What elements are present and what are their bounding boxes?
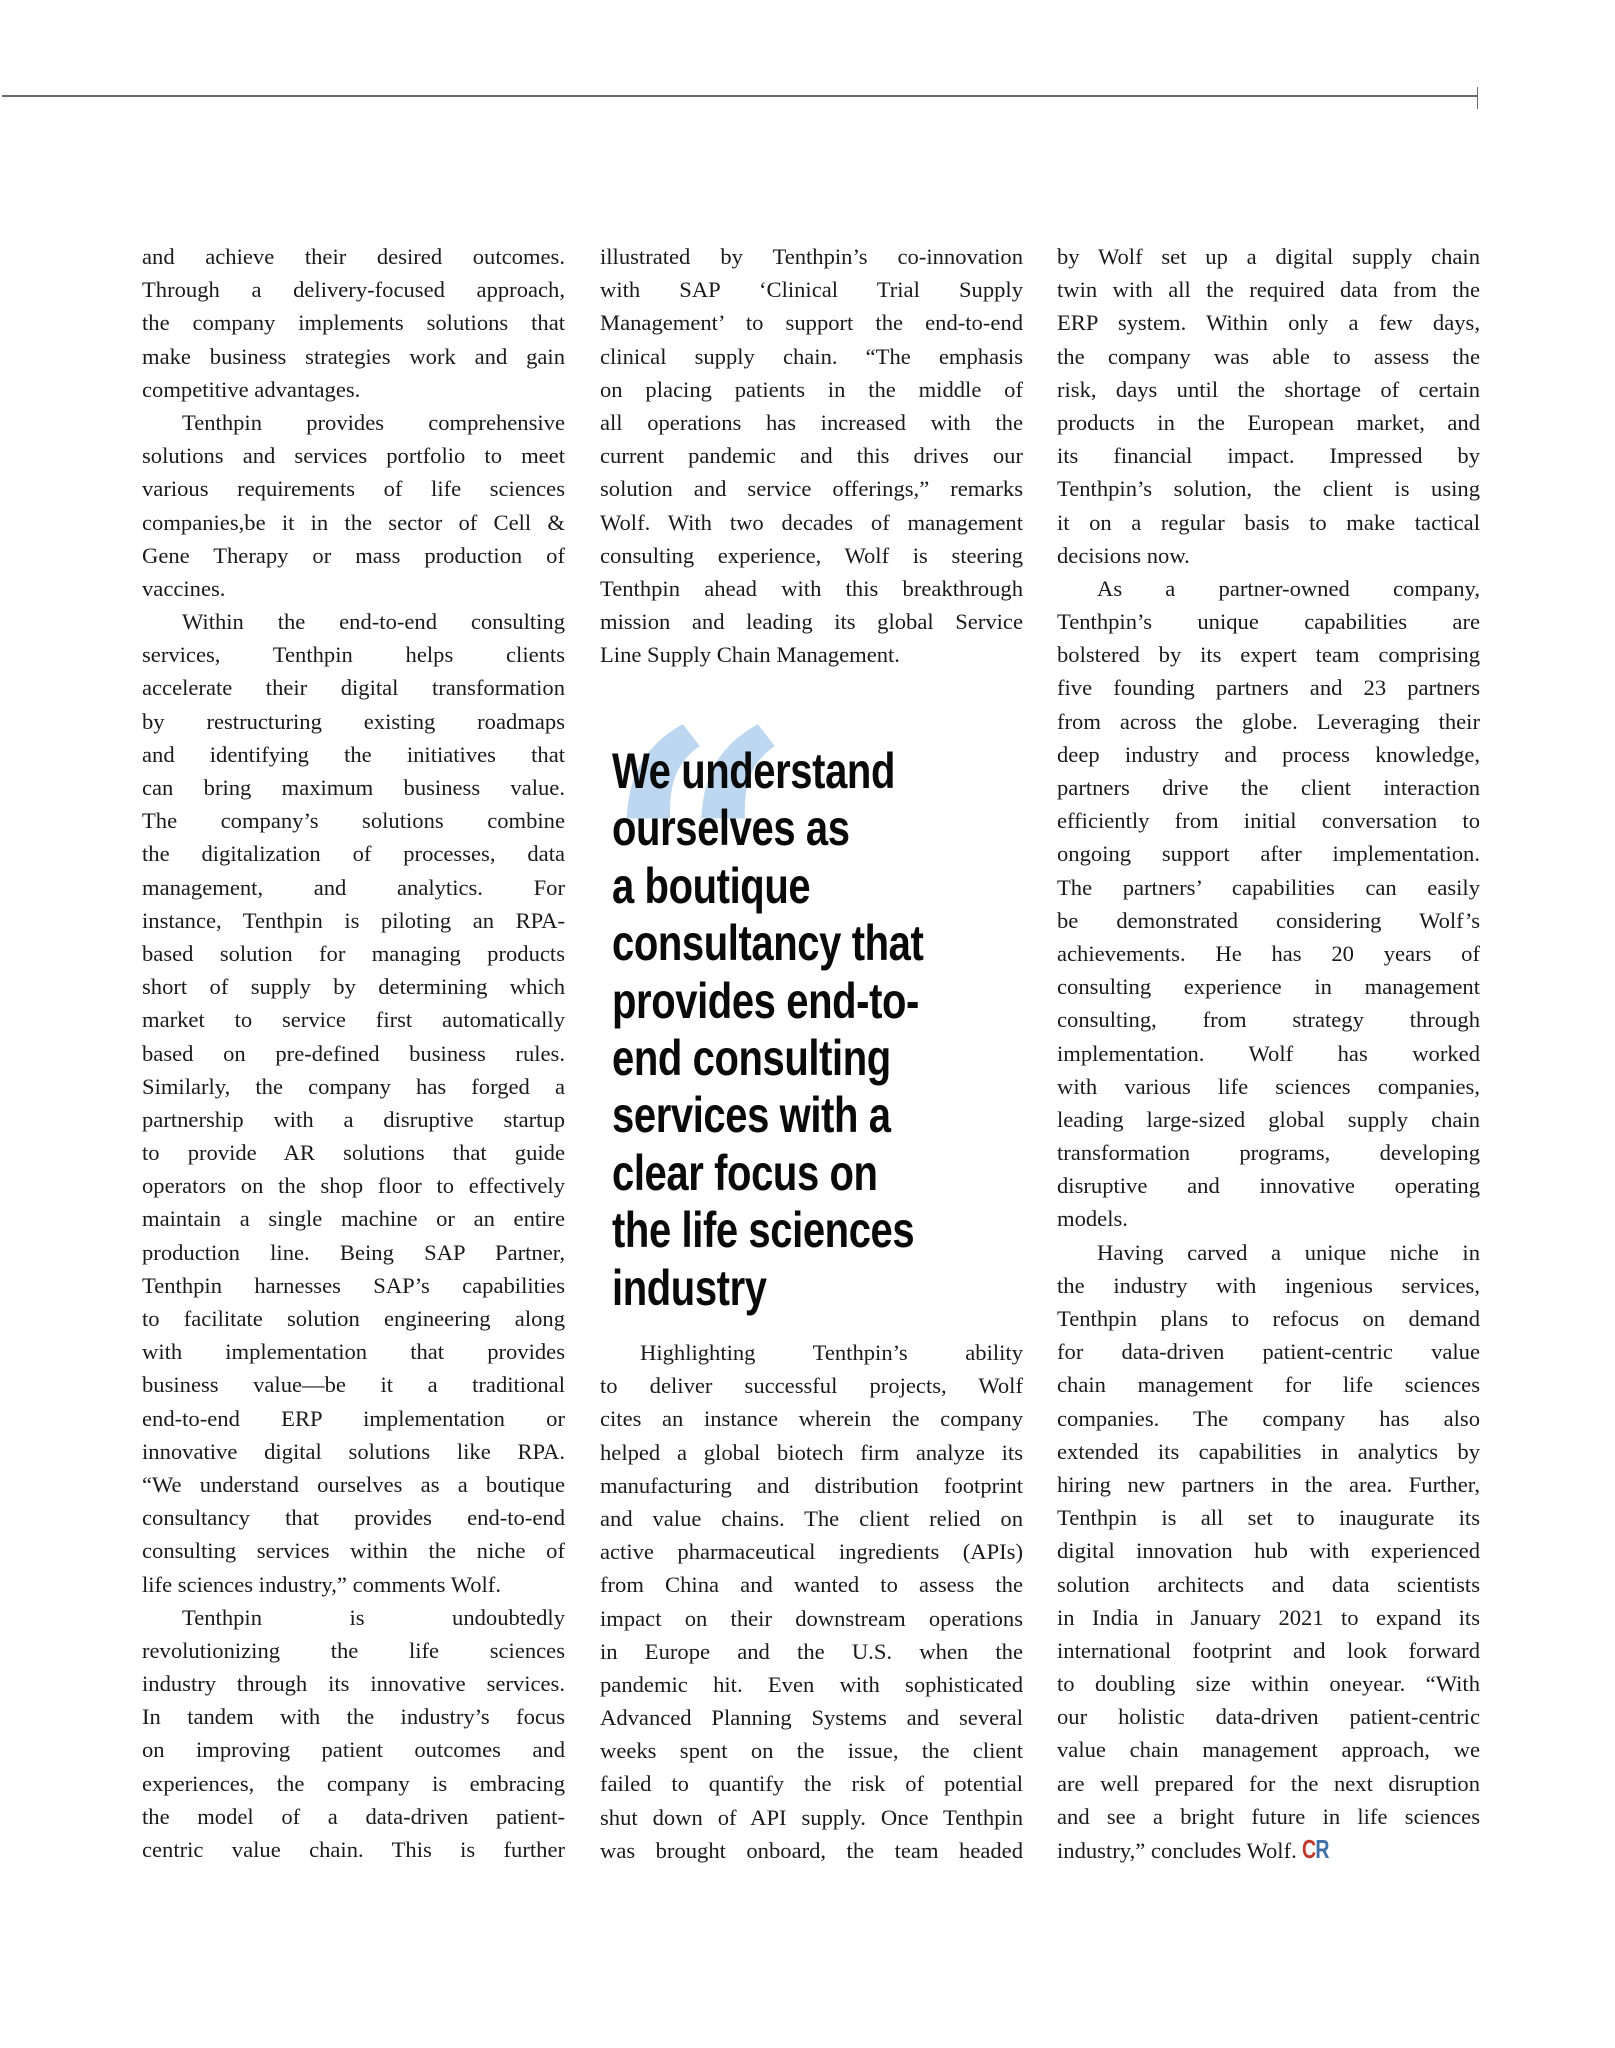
text-line: current pandemic and this drives our bbox=[600, 439, 1023, 472]
pull-quote-line: We understand bbox=[612, 743, 923, 800]
text-line: cites an instance wherein the company bbox=[600, 1402, 1023, 1435]
text-line: The partners’ capabilities can easily bbox=[1057, 871, 1480, 904]
text-line: our holistic data-driven patient-centric bbox=[1057, 1700, 1480, 1733]
text-line: industry through its innovative services… bbox=[142, 1667, 565, 1700]
text-line: clinical supply chain. “The emphasis bbox=[600, 340, 1023, 373]
text-line: Tenthpin is all set to inaugurate its bbox=[1057, 1501, 1480, 1534]
text-line-content: pandemic hit. Even with sophisticated bbox=[600, 1672, 1023, 1697]
pull-quote-line: the life sciences bbox=[612, 1202, 923, 1259]
text-line: its financial impact. Impressed by bbox=[1057, 439, 1480, 472]
text-line-content: implementation. Wolf has worked bbox=[1057, 1041, 1480, 1066]
text-line-content: solutions and services portfolio to meet bbox=[142, 443, 565, 468]
text-line-content: by Wolf set up a digital supply chain bbox=[1057, 244, 1480, 269]
text-line-content: consulting experience in management bbox=[1057, 974, 1480, 999]
text-line-content: innovative digital solutions like RPA. bbox=[142, 1439, 565, 1464]
text-line-content: “We understand ourselves as a boutique bbox=[142, 1472, 565, 1497]
text-line-content: all operations has increased with the bbox=[600, 410, 1023, 435]
text-line-content: for data-driven patient-centric value bbox=[1057, 1339, 1480, 1364]
text-line: Tenthpin harnesses SAP’s capabilities bbox=[142, 1269, 565, 1302]
text-line: the digitalization of processes, data bbox=[142, 837, 565, 870]
text-line: and see a bright future in life sciences bbox=[1057, 1800, 1480, 1833]
text-line: be demonstrated considering Wolf’s bbox=[1057, 904, 1480, 937]
article-column-2-top: illustrated by Tenthpin’s co-innovationw… bbox=[600, 240, 1023, 671]
text-line: hiring new partners in the area. Further… bbox=[1057, 1468, 1480, 1501]
text-line: the model of a data-driven patient- bbox=[142, 1800, 565, 1833]
text-line-content: Tenthpin provides comprehensive bbox=[182, 410, 565, 435]
text-line-content: failed to quantify the risk of potential bbox=[600, 1771, 1023, 1796]
text-line-content: Highlighting Tenthpin’s ability bbox=[640, 1340, 1023, 1365]
text-line: the company implements solutions that bbox=[142, 306, 565, 339]
text-line: can bring maximum business value. bbox=[142, 771, 565, 804]
text-line-content: can bring maximum business value. bbox=[142, 775, 565, 800]
text-line-content: to facilitate solution engineering along bbox=[142, 1306, 565, 1331]
text-line: and achieve their desired outcomes. bbox=[142, 240, 565, 273]
text-line: Wolf. With two decades of management bbox=[600, 506, 1023, 539]
text-line-content: the industry with ingenious services, bbox=[1057, 1273, 1480, 1298]
text-line: by restructuring existing roadmaps bbox=[142, 705, 565, 738]
text-line: Having carved a unique niche in bbox=[1057, 1236, 1480, 1269]
text-line-content: to doubling size within oneyear. “With bbox=[1057, 1671, 1480, 1696]
text-line-content: in Europe and the U.S. when the bbox=[600, 1639, 1023, 1664]
text-line-content: extended its capabilities in analytics b… bbox=[1057, 1439, 1480, 1464]
text-line-content: production line. Being SAP Partner, bbox=[142, 1240, 565, 1265]
logo-letter-c: C bbox=[1302, 1834, 1315, 1864]
text-line-content: helped a global biotech firm analyze its bbox=[600, 1440, 1023, 1465]
pull-quote: “ We understand ourselves as a boutique … bbox=[600, 700, 1030, 1320]
text-line: market to service first automatically bbox=[142, 1003, 565, 1036]
article-column-2-bottom: Highlighting Tenthpin’s abilityto delive… bbox=[600, 1336, 1023, 1867]
text-line-content: ongoing support after implementation. bbox=[1057, 841, 1480, 866]
text-line: in Europe and the U.S. when the bbox=[600, 1635, 1023, 1668]
text-line: experiences, the company is embracing bbox=[142, 1767, 565, 1800]
text-line: impact on their downstream operations bbox=[600, 1602, 1023, 1635]
text-line: all operations has increased with the bbox=[600, 406, 1023, 439]
text-line-content: manufacturing and distribution footprint bbox=[600, 1473, 1023, 1498]
text-line-content: decisions now. bbox=[1057, 543, 1190, 568]
text-line-content: mission and leading its global Service bbox=[600, 609, 1023, 634]
text-line-content: market to service first automatically bbox=[142, 1007, 565, 1032]
text-line-content: are well prepared for the next disruptio… bbox=[1057, 1771, 1480, 1796]
text-line-content: illustrated by Tenthpin’s co-innovation bbox=[600, 244, 1023, 269]
pull-quote-line: clear focus on bbox=[612, 1145, 923, 1202]
text-line: companies. The company has also bbox=[1057, 1402, 1480, 1435]
text-line: products in the European market, and bbox=[1057, 406, 1480, 439]
text-line-content: industry through its innovative services… bbox=[142, 1671, 565, 1696]
text-line: Tenthpin’s solution, the client is using bbox=[1057, 472, 1480, 505]
text-line-content: Gene Therapy or mass production of bbox=[142, 543, 565, 568]
text-line-content: companies,be it in the sector of Cell & bbox=[142, 510, 565, 535]
text-line-content: five founding partners and 23 partners bbox=[1057, 675, 1480, 700]
text-line: make business strategies work and gain bbox=[142, 340, 565, 373]
text-line-content: disruptive and innovative operating bbox=[1057, 1173, 1480, 1198]
text-line-content: risk, days until the shortage of certain bbox=[1057, 377, 1480, 402]
text-line: disruptive and innovative operating bbox=[1057, 1169, 1480, 1202]
text-line: Tenthpin ahead with this breakthrough bbox=[600, 572, 1023, 605]
text-line-content: international footprint and look forward bbox=[1057, 1638, 1480, 1663]
text-line-content: maintain a single machine or an entire bbox=[142, 1206, 565, 1231]
text-line-content: management, and analytics. For bbox=[142, 875, 565, 900]
top-rule-end-tick bbox=[1477, 87, 1478, 109]
text-line: based solution for managing products bbox=[142, 937, 565, 970]
text-line: was brought onboard, the team headed bbox=[600, 1834, 1023, 1867]
text-line: for data-driven patient-centric value bbox=[1057, 1335, 1480, 1368]
text-line: twin with all the required data from the bbox=[1057, 273, 1480, 306]
text-line: pandemic hit. Even with sophisticated bbox=[600, 1668, 1023, 1701]
text-line-content: on improving patient outcomes and bbox=[142, 1737, 565, 1762]
text-line: industry,” concludes Wolf. CR bbox=[1057, 1833, 1480, 1866]
pull-quote-line: provides end-to- bbox=[612, 973, 923, 1030]
article-column-1: and achieve their desired outcomes.Throu… bbox=[142, 240, 565, 1866]
text-line-content: Tenthpin’s unique capabilities are bbox=[1057, 609, 1480, 634]
text-line-content: clinical supply chain. “The emphasis bbox=[600, 344, 1023, 369]
text-line: and identifying the initiatives that bbox=[142, 738, 565, 771]
text-line-content: and achieve their desired outcomes. bbox=[142, 244, 565, 269]
text-line: on improving patient outcomes and bbox=[142, 1733, 565, 1766]
text-line-content: based solution for managing products bbox=[142, 941, 565, 966]
text-line-content: various requirements of life sciences bbox=[142, 476, 565, 501]
text-line: maintain a single machine or an entire bbox=[142, 1202, 565, 1235]
text-line-content: the model of a data-driven patient- bbox=[142, 1804, 565, 1829]
text-line-content: Through a delivery-focused approach, bbox=[142, 277, 565, 302]
text-line: management, and analytics. For bbox=[142, 871, 565, 904]
text-line-content: solution architects and data scientists bbox=[1057, 1572, 1480, 1597]
text-line-content: transformation programs, developing bbox=[1057, 1140, 1480, 1165]
text-line-content: be demonstrated considering Wolf’s bbox=[1057, 908, 1480, 933]
text-line: leading large-sized global supply chain bbox=[1057, 1103, 1480, 1136]
text-line-content: shut down of API supply. Once Tenthpin bbox=[600, 1805, 1023, 1830]
pull-quote-line: ourselves as bbox=[612, 800, 923, 857]
text-line-content: Tenthpin ahead with this breakthrough bbox=[600, 576, 1023, 601]
text-line: helped a global biotech firm analyze its bbox=[600, 1436, 1023, 1469]
text-line: from China and wanted to assess the bbox=[600, 1568, 1023, 1601]
text-line-content: industry,” concludes Wolf. bbox=[1057, 1838, 1297, 1863]
text-line-content: The partners’ capabilities can easily bbox=[1057, 875, 1480, 900]
pull-quote-line: end consulting bbox=[612, 1030, 923, 1087]
text-line: solution architects and data scientists bbox=[1057, 1568, 1480, 1601]
text-line-content: chain management for life sciences bbox=[1057, 1372, 1480, 1397]
text-line-content: based on pre-defined business rules. bbox=[142, 1041, 565, 1066]
text-line-content: the company was able to assess the bbox=[1057, 344, 1480, 369]
text-line: with various life sciences companies, bbox=[1057, 1070, 1480, 1103]
text-line: revolutionizing the life sciences bbox=[142, 1634, 565, 1667]
text-line-content: achievements. He has 20 years of bbox=[1057, 941, 1480, 966]
text-line: consulting, from strategy through bbox=[1057, 1003, 1480, 1036]
text-line: implementation. Wolf has worked bbox=[1057, 1037, 1480, 1070]
text-line-content: with SAP ‘Clinical Trial Supply bbox=[600, 277, 1023, 302]
text-line: and value chains. The client relied on bbox=[600, 1502, 1023, 1535]
text-line: business value—be it a traditional bbox=[142, 1368, 565, 1401]
text-line: centric value chain. This is further bbox=[142, 1833, 565, 1866]
text-line: by Wolf set up a digital supply chain bbox=[1057, 240, 1480, 273]
text-line: innovative digital solutions like RPA. bbox=[142, 1435, 565, 1468]
text-line-content: Management’ to support the end-to-end bbox=[600, 310, 1023, 335]
text-line-content: current pandemic and this drives our bbox=[600, 443, 1023, 468]
text-line: efficiently from initial conversation to bbox=[1057, 804, 1480, 837]
text-line-content: in India in January 2021 to expand its bbox=[1057, 1605, 1480, 1630]
text-line: in India in January 2021 to expand its bbox=[1057, 1601, 1480, 1634]
text-line-content: and value chains. The client relied on bbox=[600, 1506, 1023, 1531]
text-line: partnership with a disruptive startup bbox=[142, 1103, 565, 1136]
text-line: chain management for life sciences bbox=[1057, 1368, 1480, 1401]
text-line-content: The company’s solutions combine bbox=[142, 808, 565, 833]
pull-quote-text: We understand ourselves as a boutique co… bbox=[612, 743, 923, 1317]
text-line-content: consultancy that provides end-to-end bbox=[142, 1505, 565, 1530]
text-line-content: to provide AR solutions that guide bbox=[142, 1140, 565, 1165]
text-line-content: Advanced Planning Systems and several bbox=[600, 1705, 1023, 1730]
text-line: Tenthpin is undoubtedly bbox=[142, 1601, 565, 1634]
text-line-content: companies. The company has also bbox=[1057, 1406, 1480, 1431]
text-line-content: centric value chain. This is further bbox=[142, 1837, 565, 1862]
text-line-content: experiences, the company is embracing bbox=[142, 1771, 565, 1796]
text-line: Gene Therapy or mass production of bbox=[142, 539, 565, 572]
text-line: deep industry and process knowledge, bbox=[1057, 738, 1480, 771]
text-line-content: partners drive the client interaction bbox=[1057, 775, 1480, 800]
text-line: various requirements of life sciences bbox=[142, 472, 565, 505]
pull-quote-line: consultancy that bbox=[612, 915, 923, 972]
text-line: illustrated by Tenthpin’s co-innovation bbox=[600, 240, 1023, 273]
text-line: Through a delivery-focused approach, bbox=[142, 273, 565, 306]
text-line: consultancy that provides end-to-end bbox=[142, 1501, 565, 1534]
text-line: with implementation that provides bbox=[142, 1335, 565, 1368]
text-line: international footprint and look forward bbox=[1057, 1634, 1480, 1667]
text-line-content: Within the end-to-end consulting bbox=[182, 609, 565, 634]
text-line-content: Tenthpin is undoubtedly bbox=[182, 1605, 565, 1630]
text-line-content: on placing patients in the middle of bbox=[600, 377, 1023, 402]
text-line-content: cites an instance wherein the company bbox=[600, 1406, 1023, 1431]
text-line-content: ERP system. Within only a few days, bbox=[1057, 310, 1480, 335]
text-line: vaccines. bbox=[142, 572, 565, 605]
text-line: services, Tenthpin helps clients bbox=[142, 638, 565, 671]
text-line-content: hiring new partners in the area. Further… bbox=[1057, 1472, 1480, 1497]
text-line-content: with various life sciences companies, bbox=[1057, 1074, 1480, 1099]
text-line-content: life sciences industry,” comments Wolf. bbox=[142, 1572, 501, 1597]
text-line-content: models. bbox=[1057, 1206, 1128, 1231]
text-line: consulting experience in management bbox=[1057, 970, 1480, 1003]
text-line: the industry with ingenious services, bbox=[1057, 1269, 1480, 1302]
text-line: bolstered by its expert team comprising bbox=[1057, 638, 1480, 671]
text-line-content: bolstered by its expert team comprising bbox=[1057, 642, 1480, 667]
text-line: transformation programs, developing bbox=[1057, 1136, 1480, 1169]
text-line-content: deep industry and process knowledge, bbox=[1057, 742, 1480, 767]
text-line: operators on the shop floor to effective… bbox=[142, 1169, 565, 1202]
text-line: As a partner-owned company, bbox=[1057, 572, 1480, 605]
text-line-content: make business strategies work and gain bbox=[142, 344, 565, 369]
text-line: consulting services within the niche of bbox=[142, 1534, 565, 1567]
text-line: achievements. He has 20 years of bbox=[1057, 937, 1480, 970]
text-line: Advanced Planning Systems and several bbox=[600, 1701, 1023, 1734]
text-line: solution and service offerings,” remarks bbox=[600, 472, 1023, 505]
text-line-content: As a partner-owned company, bbox=[1097, 576, 1480, 601]
text-line: active pharmaceutical ingredients (APIs) bbox=[600, 1535, 1023, 1568]
text-line: risk, days until the shortage of certain bbox=[1057, 373, 1480, 406]
text-line: with SAP ‘Clinical Trial Supply bbox=[600, 273, 1023, 306]
text-line: decisions now. bbox=[1057, 539, 1480, 572]
text-line-content: short of supply by determining which bbox=[142, 974, 565, 999]
text-line-content: the company implements solutions that bbox=[142, 310, 565, 335]
text-line: companies,be it in the sector of Cell & bbox=[142, 506, 565, 539]
text-line: instance, Tenthpin is piloting an RPA- bbox=[142, 904, 565, 937]
text-line-content: Tenthpin harnesses SAP’s capabilities bbox=[142, 1273, 565, 1298]
article-column-3: by Wolf set up a digital supply chaintwi… bbox=[1057, 240, 1480, 1866]
text-line-content: operators on the shop floor to effective… bbox=[142, 1173, 565, 1198]
text-line: competitive advantages. bbox=[142, 373, 565, 406]
text-line-content: Tenthpin plans to refocus on demand bbox=[1057, 1306, 1480, 1331]
text-line-content: its financial impact. Impressed by bbox=[1057, 443, 1480, 468]
text-line-content: consulting experience, Wolf is steering bbox=[600, 543, 1023, 568]
text-line: short of supply by determining which bbox=[142, 970, 565, 1003]
text-line-content: by restructuring existing roadmaps bbox=[142, 709, 565, 734]
text-line-content: from China and wanted to assess the bbox=[600, 1572, 1023, 1597]
text-line-content: consulting, from strategy through bbox=[1057, 1007, 1480, 1032]
text-line: life sciences industry,” comments Wolf. bbox=[142, 1568, 565, 1601]
pull-quote-line: a boutique bbox=[612, 858, 923, 915]
text-line: shut down of API supply. Once Tenthpin bbox=[600, 1801, 1023, 1834]
text-line: weeks spent on the issue, the client bbox=[600, 1734, 1023, 1767]
text-line-content: Similarly, the company has forged a bbox=[142, 1074, 565, 1099]
text-line-content: our holistic data-driven patient-centric bbox=[1057, 1704, 1480, 1729]
logo-letter-r: R bbox=[1316, 1834, 1329, 1864]
text-line-content: twin with all the required data from the bbox=[1057, 277, 1480, 302]
text-line: Tenthpin provides comprehensive bbox=[142, 406, 565, 439]
text-line: Tenthpin’s unique capabilities are bbox=[1057, 605, 1480, 638]
end-of-article-logo: CR bbox=[1302, 1833, 1329, 1866]
text-line-content: and identifying the initiatives that bbox=[142, 742, 565, 767]
text-line: accelerate their digital transformation bbox=[142, 671, 565, 704]
text-line-content: digital innovation hub with experienced bbox=[1057, 1538, 1480, 1563]
text-line: to deliver successful projects, Wolf bbox=[600, 1369, 1023, 1402]
text-line-content: efficiently from initial conversation to bbox=[1057, 808, 1480, 833]
text-line: “We understand ourselves as a boutique bbox=[142, 1468, 565, 1501]
text-line: value chain management approach, we bbox=[1057, 1733, 1480, 1766]
top-rule bbox=[2, 95, 1478, 97]
text-line-content: the digitalization of processes, data bbox=[142, 841, 565, 866]
text-line: ERP system. Within only a few days, bbox=[1057, 306, 1480, 339]
text-line: partners drive the client interaction bbox=[1057, 771, 1480, 804]
text-line-content: accelerate their digital transformation bbox=[142, 675, 565, 700]
text-line-content: Tenthpin’s solution, the client is using bbox=[1057, 476, 1480, 501]
text-line: end-to-end ERP implementation or bbox=[142, 1402, 565, 1435]
text-line-content: value chain management approach, we bbox=[1057, 1737, 1480, 1762]
text-line: Similarly, the company has forged a bbox=[142, 1070, 565, 1103]
text-line-content: to deliver successful projects, Wolf bbox=[600, 1373, 1023, 1398]
text-line-content: and see a bright future in life sciences bbox=[1057, 1804, 1480, 1829]
text-line: are well prepared for the next disruptio… bbox=[1057, 1767, 1480, 1800]
text-line-content: end-to-end ERP implementation or bbox=[142, 1406, 565, 1431]
text-line-content: was brought onboard, the team headed bbox=[600, 1838, 1023, 1863]
text-line: it on a regular basis to make tactical bbox=[1057, 506, 1480, 539]
text-line-content: Having carved a unique niche in bbox=[1097, 1240, 1480, 1265]
text-line: models. bbox=[1057, 1202, 1480, 1235]
text-line: to facilitate solution engineering along bbox=[142, 1302, 565, 1335]
text-line: manufacturing and distribution footprint bbox=[600, 1469, 1023, 1502]
text-line: on placing patients in the middle of bbox=[600, 373, 1023, 406]
text-line-content: business value—be it a traditional bbox=[142, 1372, 565, 1397]
text-line: mission and leading its global Service bbox=[600, 605, 1023, 638]
text-line: consulting experience, Wolf is steering bbox=[600, 539, 1023, 572]
text-line: In tandem with the industry’s focus bbox=[142, 1700, 565, 1733]
text-line-content: with implementation that provides bbox=[142, 1339, 565, 1364]
pull-quote-line: industry bbox=[612, 1260, 923, 1317]
text-line-content: Wolf. With two decades of management bbox=[600, 510, 1023, 535]
text-line: digital innovation hub with experienced bbox=[1057, 1534, 1480, 1567]
text-line-content: services, Tenthpin helps clients bbox=[142, 642, 565, 667]
text-line: Management’ to support the end-to-end bbox=[600, 306, 1023, 339]
text-line: The company’s solutions combine bbox=[142, 804, 565, 837]
text-line: extended its capabilities in analytics b… bbox=[1057, 1435, 1480, 1468]
text-line-content: weeks spent on the issue, the client bbox=[600, 1738, 1023, 1763]
text-line: based on pre-defined business rules. bbox=[142, 1037, 565, 1070]
text-line-content: vaccines. bbox=[142, 576, 225, 601]
text-line: the company was able to assess the bbox=[1057, 340, 1480, 373]
text-line: failed to quantify the risk of potential bbox=[600, 1767, 1023, 1800]
text-line-content: consulting services within the niche of bbox=[142, 1538, 565, 1563]
text-line: solutions and services portfolio to meet bbox=[142, 439, 565, 472]
text-line: from across the globe. Leveraging their bbox=[1057, 705, 1480, 738]
text-line-content: Tenthpin is all set to inaugurate its bbox=[1057, 1505, 1480, 1530]
text-line-content: competitive advantages. bbox=[142, 377, 360, 402]
text-line-content: products in the European market, and bbox=[1057, 410, 1480, 435]
text-line: Tenthpin plans to refocus on demand bbox=[1057, 1302, 1480, 1335]
text-line-content: it on a regular basis to make tactical bbox=[1057, 510, 1480, 535]
text-line-content: leading large-sized global supply chain bbox=[1057, 1107, 1480, 1132]
pull-quote-line: services with a bbox=[612, 1087, 923, 1144]
text-line: to doubling size within oneyear. “With bbox=[1057, 1667, 1480, 1700]
text-line: Within the end-to-end consulting bbox=[142, 605, 565, 638]
text-line: Highlighting Tenthpin’s ability bbox=[600, 1336, 1023, 1369]
text-line-content: instance, Tenthpin is piloting an RPA- bbox=[142, 908, 565, 933]
text-line-content: impact on their downstream operations bbox=[600, 1606, 1023, 1631]
text-line-content: active pharmaceutical ingredients (APIs) bbox=[600, 1539, 1023, 1564]
text-line-content: revolutionizing the life sciences bbox=[142, 1638, 565, 1663]
text-line-content: In tandem with the industry’s focus bbox=[142, 1704, 565, 1729]
text-line: ongoing support after implementation. bbox=[1057, 837, 1480, 870]
text-line-content: solution and service offerings,” remarks bbox=[600, 476, 1023, 501]
text-line-content: partnership with a disruptive startup bbox=[142, 1107, 565, 1132]
text-line-content: from across the globe. Leveraging their bbox=[1057, 709, 1480, 734]
text-line: five founding partners and 23 partners bbox=[1057, 671, 1480, 704]
text-line: production line. Being SAP Partner, bbox=[142, 1236, 565, 1269]
text-line: to provide AR solutions that guide bbox=[142, 1136, 565, 1169]
